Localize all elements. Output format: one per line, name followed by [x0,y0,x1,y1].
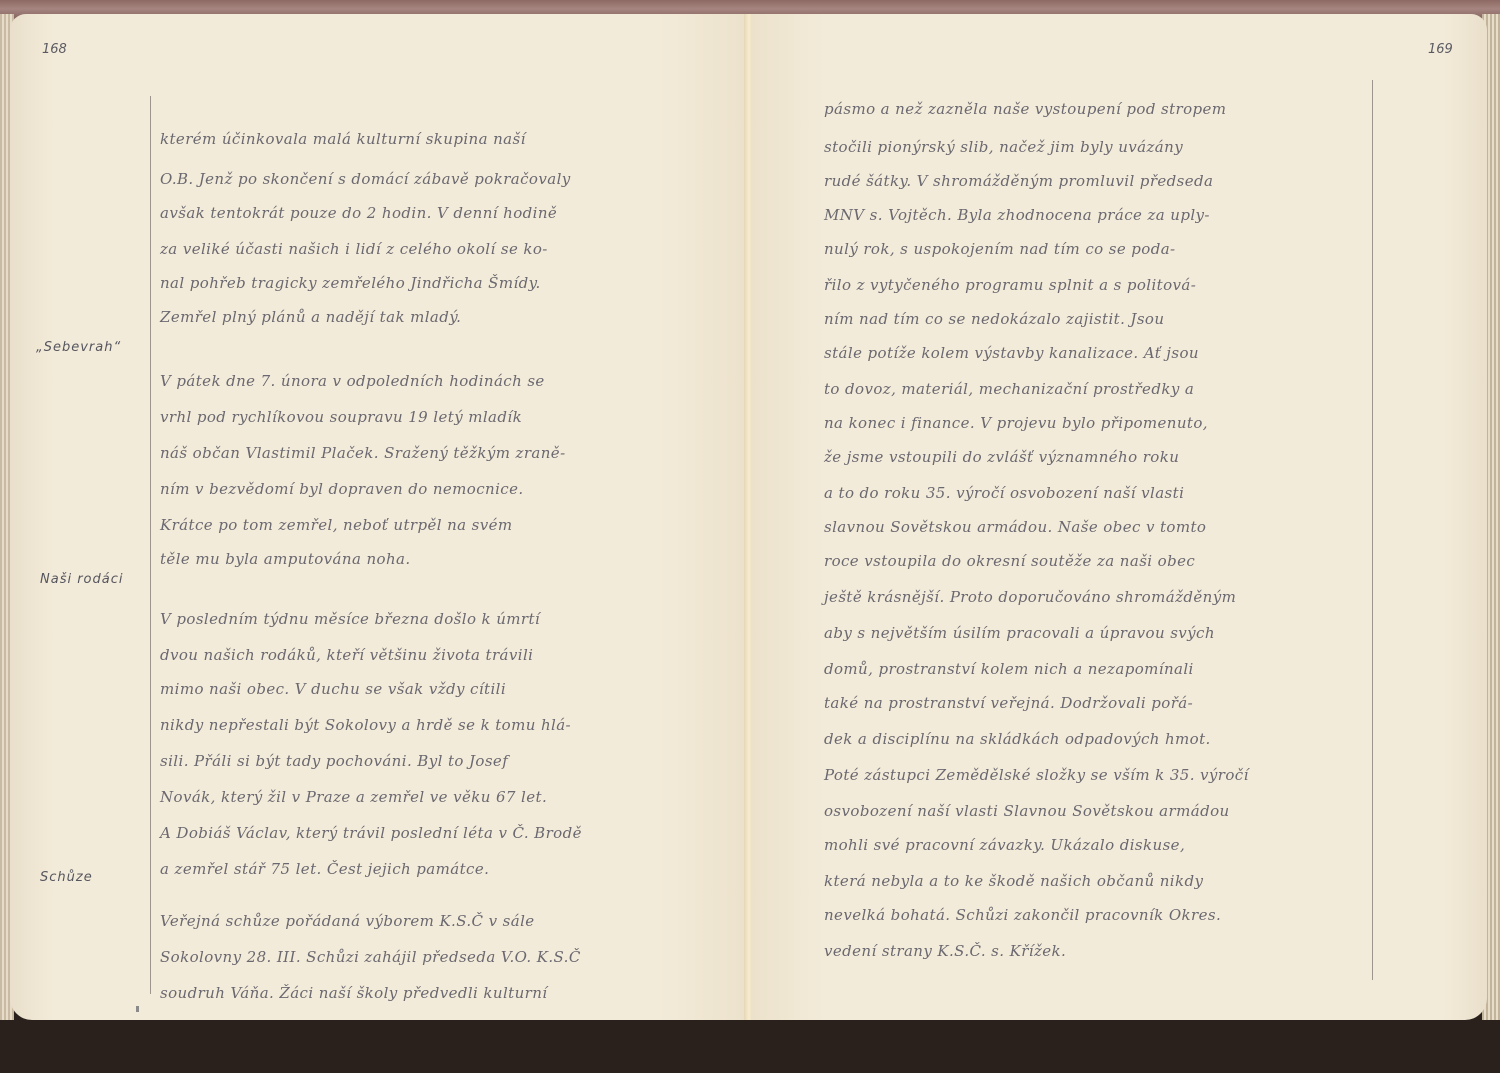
handwritten-line: řilo z vytyčeného programu splnit a s po… [824,276,1196,294]
handwritten-line: dvou našich rodáků, kteří většinu života… [160,646,533,664]
handwritten-line: a zemřel stář 75 let. Čest jejich památc… [160,860,489,878]
handwritten-line: mohli své pracovní závazky. Ukázalo disk… [824,836,1185,854]
margin-label: „Sebevrah“ [36,340,121,355]
handwritten-line: že jsme vstoupili do zvlášť významného r… [824,448,1179,466]
handwritten-line: soudruh Váňa. Žáci naší školy předvedli … [160,984,547,1002]
handwritten-line: Veřejná schůze pořádaná výborem K.S.Č v … [160,912,535,930]
handwritten-line: na konec i finance. V projevu bylo připo… [824,414,1208,432]
handwritten-line: roce vstoupila do okresní soutěže za naš… [824,552,1195,570]
handwritten-line: Poté zástupci Zemědělské složky se vším … [824,766,1249,784]
handwritten-line: mimo naši obec. V duchu se však vždy cít… [160,680,506,698]
handwritten-line: kterém účinkovala malá kulturní skupina … [160,130,526,148]
page-number-left: 168 [42,42,67,57]
handwritten-line: osvobození naší vlasti Slavnou Sovětskou… [824,802,1230,820]
handwritten-line: Zemřel plný plánů a nadějí tak mladý. [160,308,461,326]
handwritten-line: ním v bezvědomí byl dopraven do nemocnic… [160,480,524,498]
handwritten-line: nikdy nepřestali být Sokolovy a hrdě se … [160,716,571,734]
handwritten-line: V pátek dne 7. února v odpoledních hodin… [160,372,545,390]
handwritten-line: pásmo a než zazněla naše vystoupení pod … [824,100,1226,118]
handwritten-line: Krátce po tom zemřel, neboť utrpěl na sv… [160,516,513,534]
right-page: 169 pásmo a než zazněla naše vystoupení … [752,14,1487,1020]
handwritten-line: slavnou Sovětskou armádou. Naše obec v t… [824,518,1206,536]
handwritten-line: náš občan Vlastimil Plaček. Sražený těžk… [160,444,566,462]
handwritten-line: V posledním týdnu měsíce března došlo k … [160,610,540,628]
handwritten-line: nulý rok, s uspokojením nad tím co se po… [824,240,1176,258]
handwritten-line: rudé šátky. V shromážděným promluvil pře… [824,172,1213,190]
margin-rule-right [1372,80,1373,980]
handwritten-line: dek a disciplínu na skládkách odpadových… [824,730,1211,748]
handwritten-line: Sokolovny 28. III. Schůzi zahájil předse… [160,948,581,966]
handwritten-line: vedení strany K.S.Č. s. Křížek. [824,942,1066,960]
handwritten-line: O.B. Jenž po skončení s domácí zábavě po… [160,170,571,188]
handwritten-line: nevelká bohatá. Schůzi zakončil pracovní… [824,906,1221,924]
handwritten-line: A Dobiáš Václav, který trávil poslední l… [160,824,582,842]
left-page: 168 „Sebevrah“Naši rodáciSchůze kterém ú… [10,14,745,1020]
handwritten-line: ještě krásnější. Proto doporučováno shro… [824,588,1236,606]
handwritten-line: a to do roku 35. výročí osvobození naší … [824,484,1184,502]
handwritten-line: to dovoz, materiál, mechanizační prostře… [824,380,1194,398]
handwritten-line: také na prostranství veřejná. Dodržovali… [824,694,1193,712]
handwritten-line: MNV s. Vojtěch. Byla zhodnocena práce za… [824,206,1210,224]
handwritten-line: za veliké účasti našich i lidí z celého … [160,240,548,258]
background-surface [0,1020,1500,1073]
margin-label: Naši rodáci [40,572,123,587]
handwritten-line: aby s největším úsilím pracovali a úprav… [824,624,1215,642]
page-number-right: 169 [1428,42,1453,57]
handwritten-line: která nebyla a to ke škodě našich občanů… [824,872,1203,890]
handwritten-line: vrhl pod rychlíkovou soupravu 19 letý ml… [160,408,522,426]
handwritten-line: domů, prostranství kolem nich a nezapomí… [824,660,1194,678]
handwritten-line: sili. Přáli si být tady pochováni. Byl t… [160,752,508,770]
handwritten-line: Novák, který žil v Praze a zemřel ve věk… [160,788,547,806]
handwritten-line: těle mu byla amputována noha. [160,550,411,568]
margin-label: Schůze [40,870,93,885]
handwritten-line: nal pohřeb tragicky zemřelého Jindřicha … [160,274,541,292]
handwritten-line: ním nad tím co se nedokázalo zajistit. J… [824,310,1164,328]
margin-rule-left [150,96,151,994]
handwritten-line: stále potíže kolem výstavby kanalizace. … [824,344,1199,362]
ink-dot [136,1006,139,1012]
handwritten-line: stočili pionýrský slib, načež jim byly u… [824,138,1183,156]
handwritten-line: avšak tentokrát pouze do 2 hodin. V denn… [160,204,557,222]
